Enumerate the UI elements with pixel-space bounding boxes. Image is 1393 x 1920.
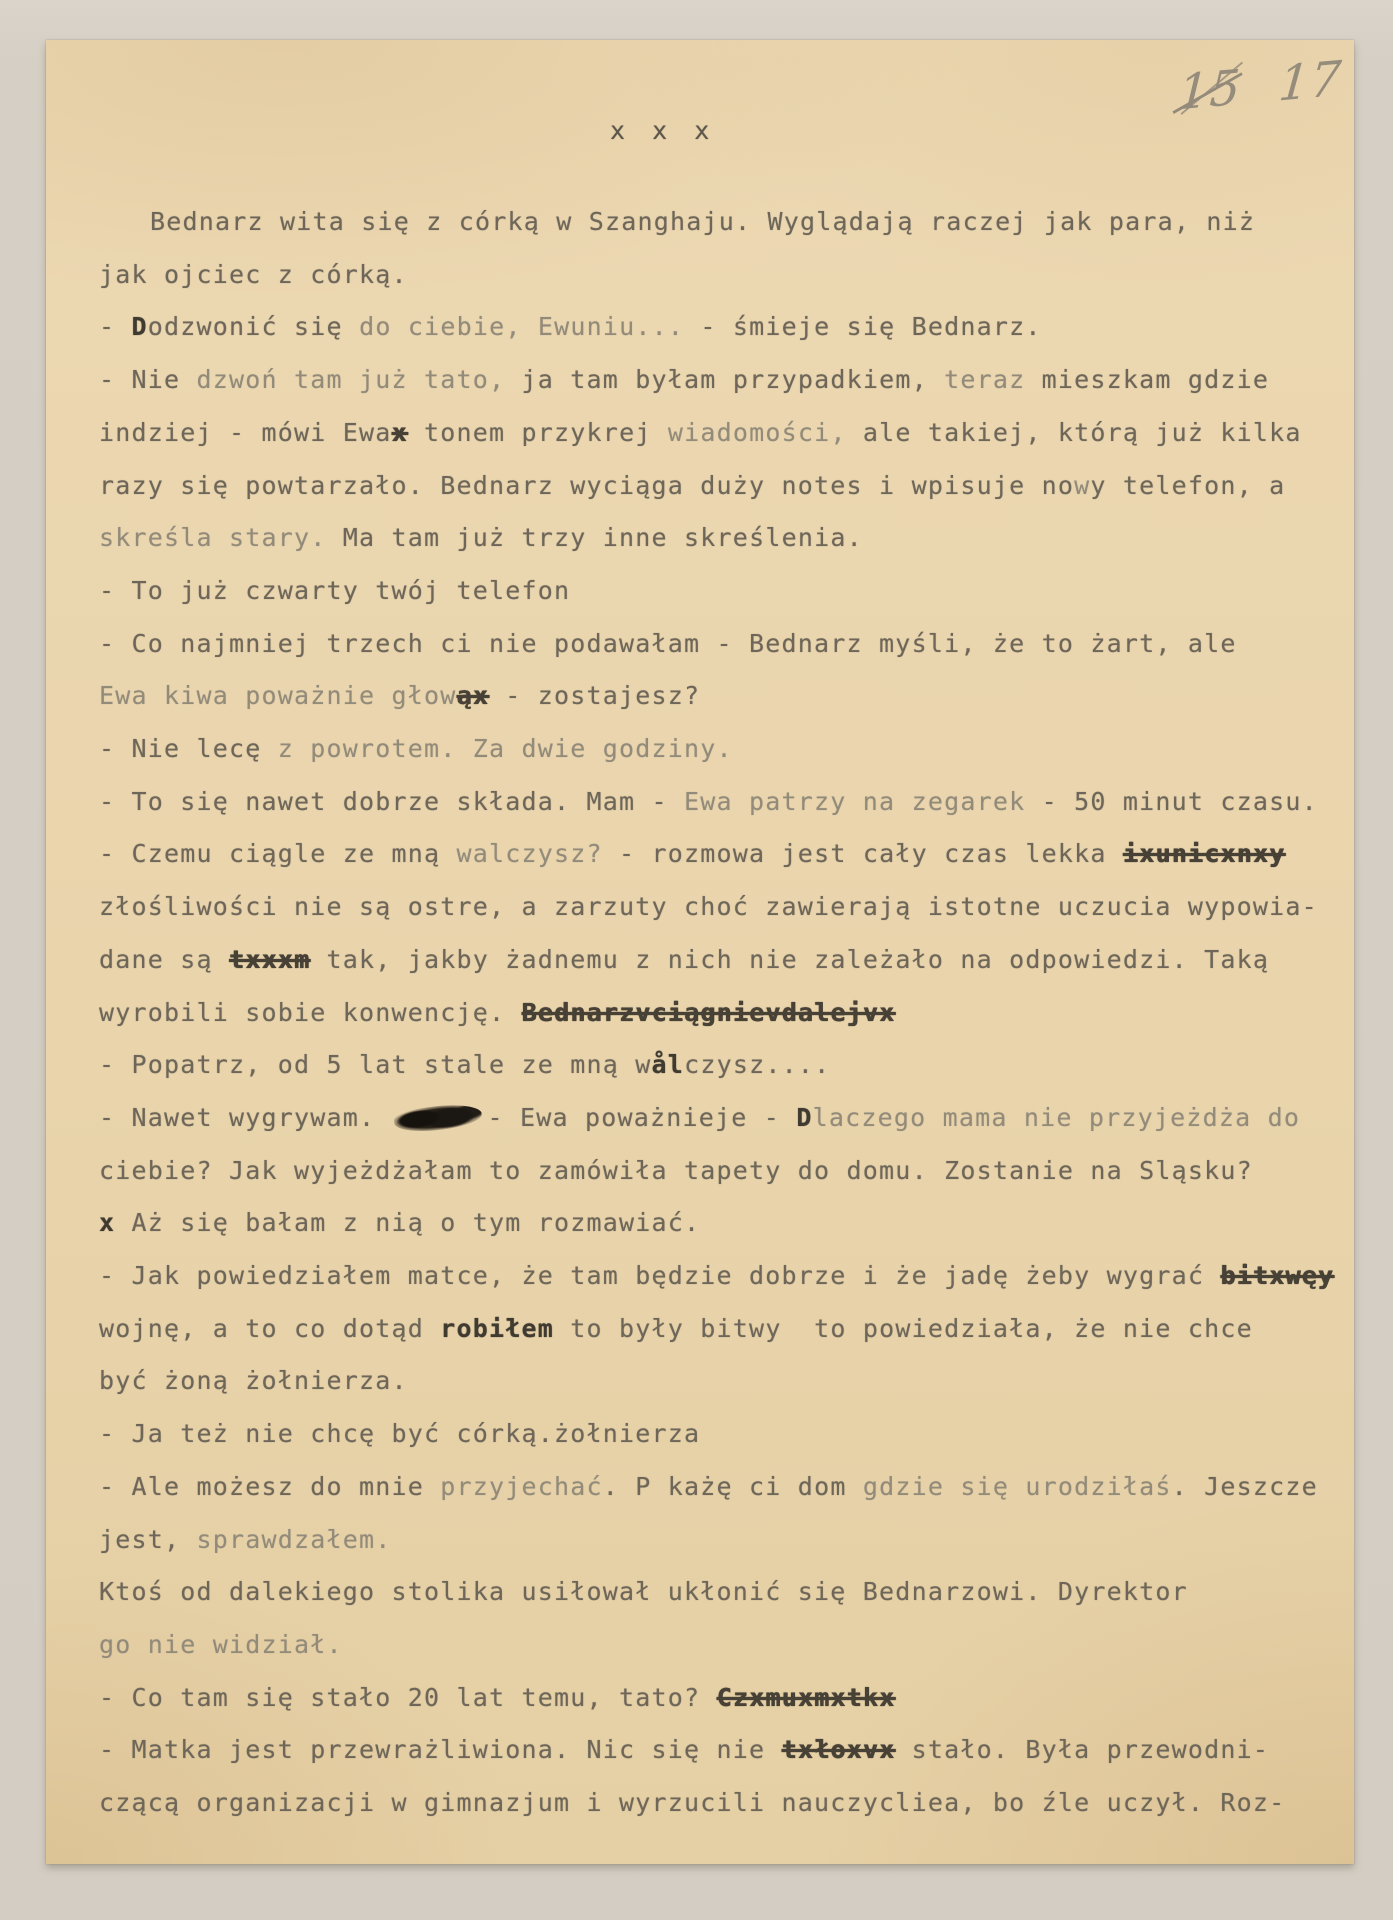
typed-line-18: - Nawet wygrywam. - Ewa poważnieje - Dla… — [99, 1104, 1300, 1132]
typed-line-11: - Nie lecę z powrotem. Za dwie godziny. — [99, 735, 733, 763]
typed-text-segment: wyrobili sobie konwencję. — [99, 998, 522, 1027]
typed-line-28: go nie widział. — [99, 1631, 343, 1659]
typed-line-2: jak ojciec z córką. — [99, 261, 408, 289]
typed-line-7: skreśla stary. Ma tam już trzy inne skre… — [99, 524, 863, 552]
typed-text-segment: - 50 minut czasu. — [1025, 787, 1318, 816]
typed-line-8: - To już czwarty twój telefon — [99, 577, 570, 605]
typed-text-segment: - Ewa poważnieje - — [488, 1103, 797, 1132]
typed-text-segment: dane są — [99, 945, 229, 974]
typed-line-6: razy się powtarzało. Bednarz wyciąga duż… — [99, 472, 1285, 500]
typed-line-3: - Dodzwonić się do ciebie, Ewuniu... - ś… — [99, 313, 1042, 341]
typed-text-segment: laczego mama nie przyjeżdża do — [813, 1103, 1301, 1132]
typed-text-segment: - Nie — [99, 365, 197, 394]
typed-text: Bednarz wita się z córką w Szanghaju. Wy… — [0, 0, 1393, 1920]
typed-text-segment: - Ja też nie chcę być córką.żołnierza — [99, 1419, 700, 1448]
typed-line-16: wyrobili sobie konwencję. Bednarzvciągni… — [99, 999, 895, 1027]
typed-text-segment: ale takiej, którą już kilka — [863, 418, 1302, 447]
typed-text-segment: skreśla stary. — [99, 523, 343, 552]
typed-text-segment: - Co najmniej trzech ci nie podawałam - … — [99, 629, 1237, 658]
struck-out-text: ąx — [457, 681, 490, 710]
typed-text-segment: - Nie lecę — [99, 734, 278, 763]
typed-text-segment: x — [99, 1208, 115, 1237]
struck-out-text: bitxwęy — [1220, 1261, 1334, 1290]
struck-out-text: Czxmuxmxtkx — [717, 1683, 896, 1712]
typed-text-segment: - śmieje się Bednarz. — [684, 312, 1042, 341]
typed-line-24: - Ja też nie chcę być córką.żołnierza — [99, 1420, 700, 1448]
ink-blot — [392, 1101, 482, 1136]
typed-line-14: złośliwości nie są ostre, a zarzuty choć… — [99, 893, 1318, 921]
typed-text-segment: wiadomości, — [668, 418, 863, 447]
typed-text-segment: - Co tam się stało 20 lat temu, tato? — [99, 1683, 717, 1712]
typed-text-segment: - Ale możesz do mnie — [99, 1472, 440, 1501]
typed-line-27: Ktoś od dalekiego stolika usiłował ukłon… — [99, 1578, 1188, 1606]
typed-text-segment: przyjechać — [440, 1472, 603, 1501]
typed-text-segment: Ewa kiwa poważnie głow — [99, 681, 457, 710]
typed-line-15: dane są txxxm tak, jakby żadnemu z nich … — [99, 946, 1269, 974]
typed-line-19: ciebie? Jak wyjeżdżałam to zamówiła tape… — [99, 1157, 1253, 1185]
typed-text-segment: odzwonić się — [148, 312, 359, 341]
typed-text-segment: - zostajesz? — [489, 681, 700, 710]
typed-line-5: indziej - mówi Ewax tonem przykrej wiado… — [99, 419, 1302, 447]
typed-line-21: - Jak powiedziałem matce, że tam będzie … — [99, 1262, 1334, 1290]
typed-text-segment: razy się powtarzało. Bednarz wyciąga duż… — [99, 471, 1074, 500]
typed-text-segment: - Nawet wygrywam. — [99, 1103, 392, 1132]
typed-text-segment: Ma tam już trzy inne skreślenia. — [343, 523, 863, 552]
typed-text-segment: D — [132, 312, 148, 341]
typed-text-segment: ja tam byłam przypadkiem, — [522, 365, 945, 394]
typed-text-segment: z powrotem. Za dwie godziny. — [278, 734, 733, 763]
typed-text-segment: - To się nawet dobrze składa. Mam - — [99, 787, 684, 816]
typed-line-4: - Nie dzwoń tam już tato, ja tam byłam p… — [99, 366, 1269, 394]
typed-text-segment: tak, jakby żadnemu z nich nie zależało n… — [310, 945, 1269, 974]
typed-line-1: Bednarz wita się z córką w Szanghaju. Wy… — [150, 208, 1255, 236]
typed-line-29: - Co tam się stało 20 lat temu, tato? Cz… — [99, 1684, 895, 1712]
typed-text-segment: dzwoń tam już tato, — [197, 365, 522, 394]
typed-text-segment: - — [99, 312, 132, 341]
typed-text-segment: do ciebie, Ewuniu... — [359, 312, 684, 341]
typed-line-9: - Co najmniej trzech ci nie podawałam - … — [99, 630, 1237, 658]
typed-text-segment: wojnę, a to co dotąd — [99, 1314, 440, 1343]
typed-text-segment: walczysz? — [457, 839, 603, 868]
scanned-page: 15 17 x x x Bednarz wita się z córką w S… — [0, 0, 1393, 1920]
typed-text-segment: go nie widział. — [99, 1630, 343, 1659]
typed-text-segment: jak ojciec z córką. — [99, 260, 408, 289]
typed-text-segment: - Matka jest przewrażliwiona. Nic się ni… — [99, 1735, 782, 1764]
struck-out-text: x — [392, 418, 408, 447]
typed-text-segment: - To już czwarty twój telefon — [99, 576, 570, 605]
typed-text-segment: D — [796, 1103, 812, 1132]
typed-line-20: x Aż się bałam z nią o tym rozmawiać. — [99, 1209, 700, 1237]
typed-text-segment: być żoną żołnierza. — [99, 1366, 408, 1395]
typed-text-segment: y telefon, a — [1090, 471, 1285, 500]
typed-line-22: wojnę, a to co dotąd robiłem to były bit… — [99, 1315, 1253, 1343]
typed-text-segment: złośliwości nie są ostre, a zarzuty choć… — [99, 892, 1318, 921]
typed-text-segment: Ktoś od dalekiego stolika usiłował ukłon… — [99, 1577, 1188, 1606]
typed-text-segment: tonem przykrej — [408, 418, 668, 447]
typed-text-segment: ål — [652, 1050, 685, 1079]
typed-text-segment: jest, — [99, 1525, 197, 1554]
struck-out-text: txxxm — [229, 945, 310, 974]
typed-text-segment: . Jeszcze — [1172, 1472, 1318, 1501]
typed-line-17: - Popatrz, od 5 lat stale ze mną wålczys… — [99, 1051, 830, 1079]
typed-text-segment: - Popatrz, od 5 lat stale ze mną w — [99, 1050, 652, 1079]
typed-text-segment: Ewa patrzy na zegarek — [684, 787, 1025, 816]
struck-out-text: Bednarzvciągnievdalejvx — [522, 998, 896, 1027]
typed-line-10: Ewa kiwa poważnie głowąx - zostajesz? — [99, 682, 700, 710]
typed-text-segment: mieszkam gdzie — [1042, 365, 1270, 394]
typed-text-segment: to były bitwy to powiedziała, że nie chc… — [554, 1314, 1253, 1343]
typed-text-segment: sprawdzałem. — [197, 1525, 392, 1554]
typed-line-25: - Ale możesz do mnie przyjechać. P każę … — [99, 1473, 1318, 1501]
typed-line-31: czącą organizacji w gimnazjum i wyrzucil… — [99, 1789, 1285, 1817]
typed-text-segment: Aż się bałam z nią o tym rozmawiać. — [115, 1208, 700, 1237]
typed-text-segment: - rozmowa jest cały czas lekka — [603, 839, 1123, 868]
typed-text-segment: stało. Była przewodni- — [895, 1735, 1269, 1764]
typed-text-segment: teraz — [944, 365, 1042, 394]
typed-text-segment: czącą organizacji w gimnazjum i wyrzucil… — [99, 1788, 1285, 1817]
typed-text-segment: . P każę ci dom — [603, 1472, 863, 1501]
typed-text-segment: w — [1074, 471, 1090, 500]
typed-text-segment: robiłem — [440, 1314, 554, 1343]
typed-line-26: jest, sprawdzałem. — [99, 1526, 392, 1554]
typed-line-23: być żoną żołnierza. — [99, 1367, 408, 1395]
typed-line-12: - To się nawet dobrze składa. Mam - Ewa … — [99, 788, 1318, 816]
typed-line-13: - Czemu ciągle ze mną walczysz? - rozmow… — [99, 840, 1285, 868]
struck-out-text: txłoxvx — [782, 1735, 896, 1764]
typed-text-segment: - Jak powiedziałem matce, że tam będzie … — [99, 1261, 1220, 1290]
typed-text-segment: indziej - mówi Ewa — [99, 418, 392, 447]
typed-text-segment: gdzie się urodziłaś — [863, 1472, 1172, 1501]
typed-text-segment: Bednarz wita się z córką w Szanghaju. Wy… — [150, 207, 1255, 236]
typed-text-segment: ciebie? Jak wyjeżdżałam to zamówiła tape… — [99, 1156, 1253, 1185]
typed-text-segment: czysz.... — [684, 1050, 830, 1079]
struck-out-text: ixunicxnxy — [1123, 839, 1286, 868]
typed-line-30: - Matka jest przewrażliwiona. Nic się ni… — [99, 1736, 1269, 1764]
typed-text-segment: - Czemu ciągle ze mną — [99, 839, 457, 868]
